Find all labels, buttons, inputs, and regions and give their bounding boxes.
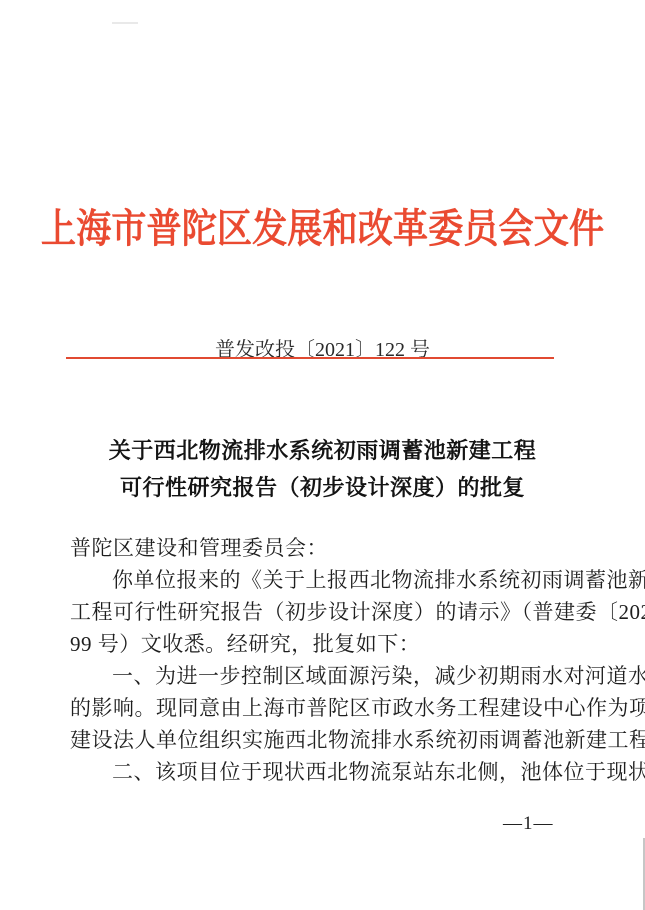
document-title: 关于西北物流排水系统初雨调蓄池新建工程 可行性研究报告（初步设计深度）的批复: [0, 432, 645, 506]
scan-speck-artifact: [112, 22, 138, 24]
body-line: 建设法人单位组织实施西北物流排水系统初雨调蓄池新建工程。: [70, 724, 578, 756]
scanned-document-page: 上海市普陀区发展和改革委员会文件 普发改投〔2021〕122 号 关于西北物流排…: [0, 0, 645, 910]
letterhead-title: 上海市普陀区发展和改革委员会文件: [39, 197, 607, 254]
document-title-line1: 关于西北物流排水系统初雨调蓄池新建工程: [0, 432, 645, 469]
body-line: 的影响。现同意由上海市普陀区市政水务工程建设中心作为项目: [70, 692, 578, 724]
body-line: 一、为进一步控制区域面源污染，减少初期雨水对河道水质: [70, 660, 578, 692]
body-line: 二、该项目位于现状西北物流泵站东北侧，池体位于现状泵: [70, 756, 578, 788]
body-line: 工程可行性研究报告（初步设计深度）的请示》（普建委〔2021〕: [70, 596, 578, 628]
red-divider-line: [66, 357, 554, 359]
body-line: 你单位报来的《关于上报西北物流排水系统初雨调蓄池新建: [70, 564, 578, 596]
document-body: 普陀区建设和管理委员会： 你单位报来的《关于上报西北物流排水系统初雨调蓄池新建 …: [70, 532, 578, 788]
page-number: —1—: [503, 813, 554, 835]
addressee-line: 普陀区建设和管理委员会：: [70, 532, 578, 564]
body-line: 99 号）文收悉。经研究，批复如下：: [70, 628, 578, 660]
document-title-line2: 可行性研究报告（初步设计深度）的批复: [0, 469, 645, 506]
